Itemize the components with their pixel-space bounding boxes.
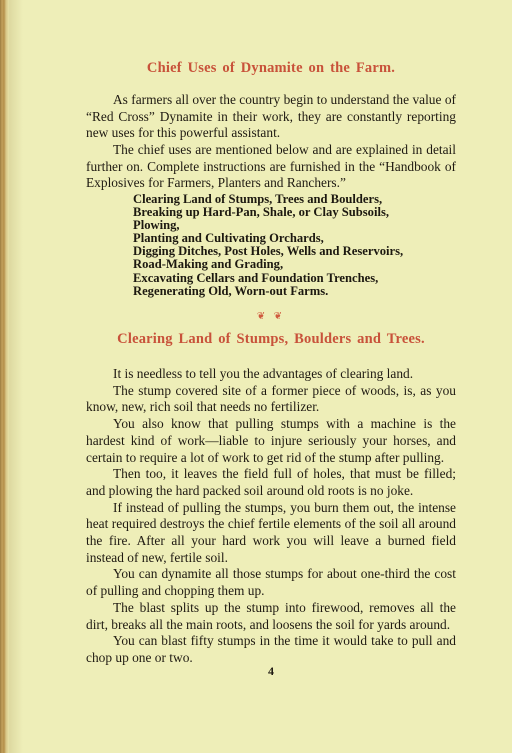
- body-paragraph: The stump covered site of a former piece…: [86, 383, 456, 416]
- chief-uses-paragraph-text: The chief uses are mentioned below and a…: [86, 142, 456, 190]
- list-item: Regenerating Old, Worn-out Farms.: [133, 285, 403, 298]
- intro-paragraph: As farmers all over the country begin to…: [86, 92, 456, 142]
- body-paragraph-text: The blast splits up the stump into firew…: [86, 600, 456, 632]
- list-item: Excavating Cellars and Foundation Trench…: [133, 272, 403, 285]
- section-heading-clearing-land: Clearing Land of Stumps, Boulders and Tr…: [86, 331, 456, 348]
- body-paragraph: It is needless to tell you the advantage…: [86, 366, 456, 383]
- body-paragraph: Then too, it leaves the field full of ho…: [86, 466, 456, 499]
- body-paragraph-text: You also know that pulling stumps with a…: [86, 416, 456, 464]
- page-gutter-shadow: [9, 0, 23, 753]
- intro-paragraph-text: As farmers all over the country begin to…: [86, 92, 456, 140]
- section-heading-chief-uses: Chief Uses of Dynamite on the Farm.: [86, 60, 456, 77]
- body-paragraph-text: The stump covered site of a former piece…: [86, 383, 456, 415]
- body-paragraph-text: Then too, it leaves the field full of ho…: [86, 466, 456, 498]
- list-item: Road-Making and Grading,: [133, 258, 403, 271]
- leaf-ornament-icon: ❦ ❦: [86, 311, 456, 322]
- body-paragraph-text: You can blast fifty stumps in the time i…: [86, 633, 456, 665]
- chief-uses-paragraph: The chief uses are mentioned below and a…: [86, 142, 456, 192]
- body-paragraph-text: It is needless to tell you the advantage…: [113, 366, 413, 381]
- body-paragraph: You can dynamite all those stumps for ab…: [86, 566, 456, 599]
- body-paragraph: You also know that pulling stumps with a…: [86, 416, 456, 466]
- uses-list: Clearing Land of Stumps, Trees and Bould…: [133, 193, 403, 298]
- body-paragraph: If instead of pulling the stumps, you bu…: [86, 500, 456, 567]
- page-number: 4: [86, 664, 456, 679]
- clearing-land-body: It is needless to tell you the advantage…: [86, 366, 456, 667]
- body-paragraph-text: You can dynamite all those stumps for ab…: [86, 566, 456, 598]
- body-paragraph: You can blast fifty stumps in the time i…: [86, 633, 456, 666]
- page-binding-edge: [0, 0, 9, 753]
- body-paragraph-text: If instead of pulling the stumps, you bu…: [86, 500, 456, 565]
- body-paragraph: The blast splits up the stump into firew…: [86, 600, 456, 633]
